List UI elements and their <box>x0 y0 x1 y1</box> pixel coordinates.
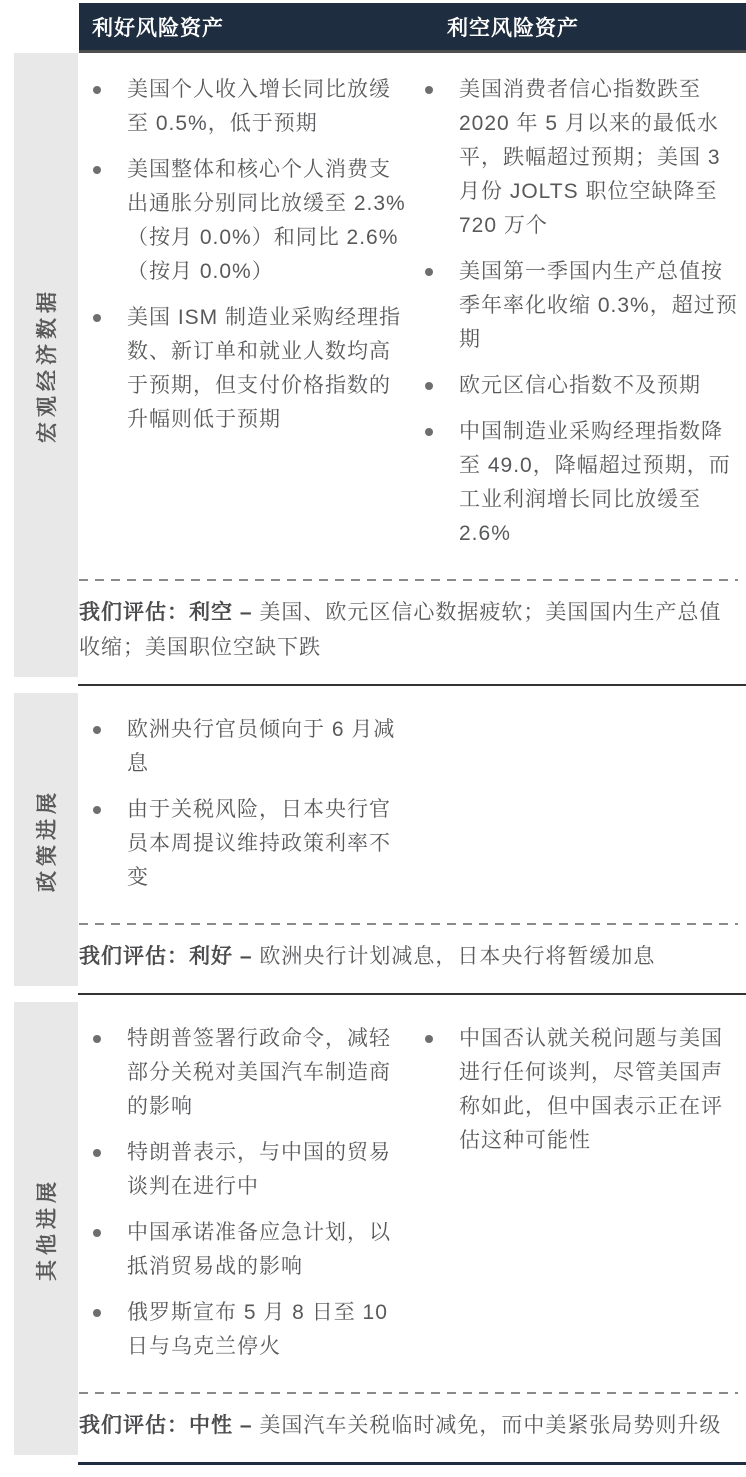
assessment-row: 我们评估：利好 – 欧洲央行计划减息，日本央行将暂缓加息 <box>79 939 738 974</box>
assessment-row: 我们评估：利空 – 美国、欧元区信心数据疲软；美国国内生产总值收缩；美国职位空缺… <box>79 595 738 665</box>
section-other-content: 特朗普签署行政命令，减轻部分关税对美国汽车制造商的影响 特朗普表示，与中国的贸易… <box>78 1002 746 1455</box>
assessment-verdict: 我们评估：利好 – <box>79 945 253 968</box>
table-bottom-rule <box>78 1462 746 1465</box>
section-divider <box>78 993 746 995</box>
section-macro-label: 宏观经济数据 <box>31 287 61 443</box>
assessment-text: 美国汽车关税临时减免，而中美紧张局势则升级 <box>253 1414 722 1437</box>
bullet-item: 特朗普签署行政命令，减轻部分关税对美国汽车制造商的影响 <box>79 1022 411 1124</box>
bullet-item: 美国消费者信心指数跌至 2020 年 5 月以来的最低水平，跌幅超过预期；美国 … <box>411 73 738 243</box>
table-header: 利好风险资产 利空风险资产 <box>79 3 746 50</box>
bullet-list-positive: 欧洲央行官员倾向于 6 月减息 由于关税风险，日本央行官员本周提议维持政策利率不… <box>79 713 411 907</box>
dashed-separator <box>79 579 738 581</box>
bullet-list-positive: 美国个人收入增长同比放缓至 0.5%，低于预期 美国整体和核心个人消费支出通胀分… <box>79 73 411 449</box>
assessment-verdict: 我们评估：利空 – <box>79 601 253 624</box>
bullet-item: 欧元区信心指数不及预期 <box>411 369 738 403</box>
bullet-item: 美国整体和核心个人消费支出通胀分别同比放缓至 2.3%（按月 0.0%）和同比 … <box>79 153 411 289</box>
section-policy-sidebar: 政策进展 <box>14 693 78 986</box>
dashed-separator <box>79 1392 738 1394</box>
section-policy: 政策进展 欧洲央行官员倾向于 6 月减息 由于关税风险，日本央行官员本周提议维持… <box>14 693 746 986</box>
section-other: 其他进展 特朗普签署行政命令，减轻部分关税对美国汽车制造商的影响 特朗普表示，与… <box>14 1002 746 1455</box>
column-header-positive: 利好风险资产 <box>92 12 447 42</box>
section-macro-sidebar: 宏观经济数据 <box>14 53 78 677</box>
bullet-item: 美国 ISM 制造业采购经理指数、新订单和就业人数均高于预期，但支付价格指数的升… <box>79 301 411 437</box>
bullet-list-negative: 中国否认就关税问题与美国进行任何谈判，尽管美国声称如此，但中国表示正在评估这种可… <box>411 1022 738 1170</box>
section-divider <box>78 684 746 686</box>
assessment-text: 欧洲央行计划减息，日本央行将暂缓加息 <box>253 945 656 968</box>
section-macro-data: 宏观经济数据 美国个人收入增长同比放缓至 0.5%，低于预期 美国整体和核心个人… <box>14 53 746 677</box>
bullet-item: 中国制造业采购经理指数降至 49.0，降幅超过预期，而工业利润增长同比放缓至 2… <box>411 415 738 551</box>
bullet-item: 由于关税风险，日本央行官员本周提议维持政策利率不变 <box>79 793 411 895</box>
bullet-item: 特朗普表示，与中国的贸易谈判在进行中 <box>79 1136 411 1204</box>
section-other-sidebar: 其他进展 <box>14 1002 78 1455</box>
bullet-item: 美国个人收入增长同比放缓至 0.5%，低于预期 <box>79 73 411 141</box>
bullet-item: 俄罗斯宣布 5 月 8 日至 10 日与乌克兰停火 <box>79 1296 411 1364</box>
section-other-label: 其他进展 <box>31 1177 61 1281</box>
section-macro-content: 美国个人收入增长同比放缓至 0.5%，低于预期 美国整体和核心个人消费支出通胀分… <box>78 53 746 677</box>
dashed-separator <box>79 923 738 925</box>
section-policy-content: 欧洲央行官员倾向于 6 月减息 由于关税风险，日本央行官员本周提议维持政策利率不… <box>78 693 746 986</box>
bullet-item: 中国承诺准备应急计划，以抵消贸易战的影响 <box>79 1216 411 1284</box>
bullet-list-negative: 美国消费者信心指数跌至 2020 年 5 月以来的最低水平，跌幅超过预期；美国 … <box>411 73 738 563</box>
bullet-item: 美国第一季国内生产总值按季年率化收缩 0.3%，超过预期 <box>411 255 738 357</box>
bullet-list-positive: 特朗普签署行政命令，减轻部分关税对美国汽车制造商的影响 特朗普表示，与中国的贸易… <box>79 1022 411 1376</box>
report-table: 利好风险资产 利空风险资产 宏观经济数据 美国个人收入增长同比放缓至 0.5%，… <box>0 0 746 1465</box>
section-policy-label: 政策进展 <box>31 788 61 892</box>
column-header-negative: 利空风险资产 <box>447 12 579 42</box>
bullet-item: 欧洲央行官员倾向于 6 月减息 <box>79 713 411 781</box>
assessment-row: 我们评估：中性 – 美国汽车关税临时减免，而中美紧张局势则升级 <box>79 1408 738 1443</box>
bullet-item: 中国否认就关税问题与美国进行任何谈判，尽管美国声称如此，但中国表示正在评估这种可… <box>411 1022 738 1158</box>
assessment-verdict: 我们评估：中性 – <box>79 1414 253 1437</box>
